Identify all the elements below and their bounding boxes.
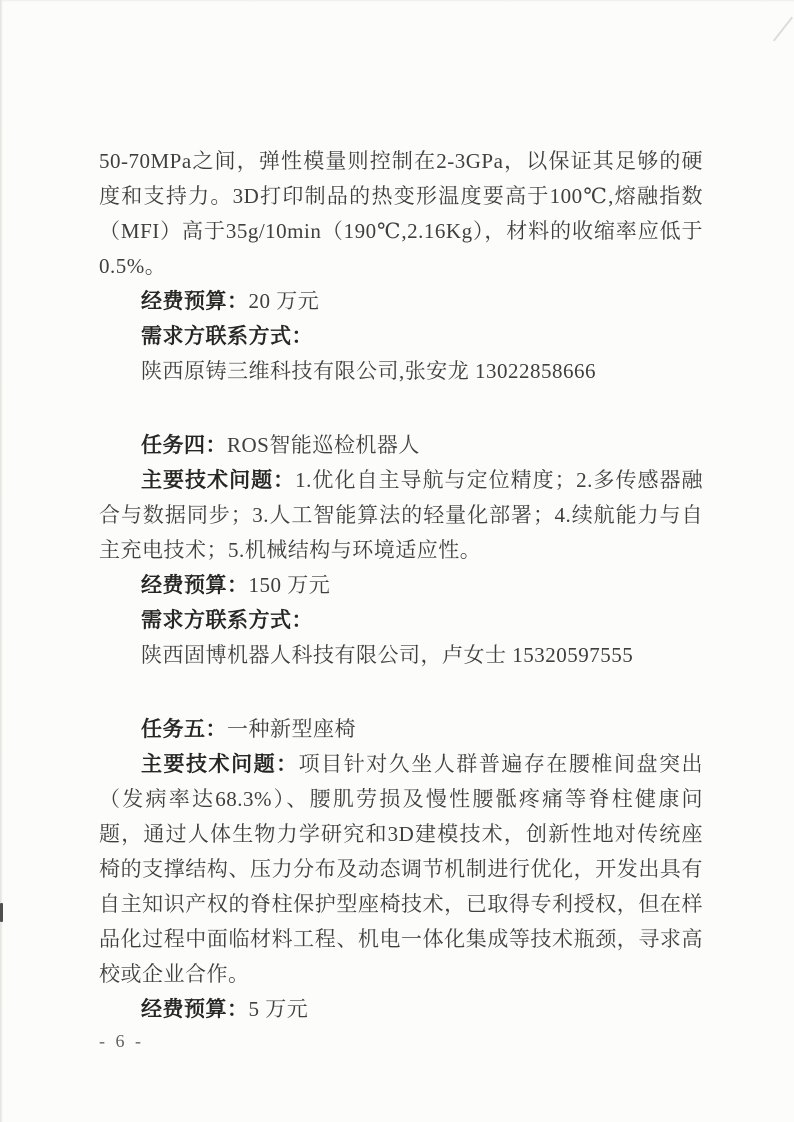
scan-artifact-mark xyxy=(0,903,3,922)
task-title-label: 任务四： xyxy=(141,434,227,457)
problem-paragraph: 主要技术问题：1.优化自主导航与定位精度；2.多传感器融合与数据同步；3.人工智… xyxy=(99,463,703,568)
contact-heading: 需求方联系方式： xyxy=(99,603,703,638)
budget-value: 150 万元 xyxy=(249,573,331,597)
continued-task-section: 50-70MPa之间，弹性模量则控制在2-3GPa，以保证其足够的硬度和支持力。… xyxy=(99,144,703,389)
task-title: ROS智能巡检机器人 xyxy=(227,433,420,457)
contact-heading: 需求方联系方式： xyxy=(99,319,703,354)
problem-paragraph: 主要技术问题：项目针对久坐人群普遍存在腰椎间盘突出（发病率达68.3%）、腰肌劳… xyxy=(99,747,703,992)
scan-artifact-scratch xyxy=(773,17,793,42)
contact-label: 需求方联系方式： xyxy=(141,609,313,632)
task-title-line: 任务四：ROS智能巡检机器人 xyxy=(99,428,703,463)
contact-label: 需求方联系方式： xyxy=(141,325,313,348)
task-title-line: 任务五：一种新型座椅 xyxy=(99,712,703,747)
page-number: - 6 - xyxy=(99,1031,144,1052)
continuation-text: 50-70MPa之间，弹性模量则控制在2-3GPa，以保证其足够的硬度和支持力。… xyxy=(99,149,703,278)
contact-value: 陕西固博机器人科技有限公司，卢女士 15320597555 xyxy=(141,643,633,667)
contact-line: 陕西固博机器人科技有限公司，卢女士 15320597555 xyxy=(99,638,703,673)
contact-line: 陕西原铸三维科技有限公司,张安龙 13022858666 xyxy=(99,354,703,389)
scanned-document-page: { "page": { "number": "- 6 -" }, "colors… xyxy=(0,0,794,1122)
budget-line: 经费预算：5 万元 xyxy=(99,992,703,1027)
problem-label: 主要技术问题： xyxy=(141,469,295,492)
task-four-section: 任务四：ROS智能巡检机器人 主要技术问题：1.优化自主导航与定位精度；2.多传… xyxy=(99,428,703,673)
page-content: 50-70MPa之间，弹性模量则控制在2-3GPa，以保证其足够的硬度和支持力。… xyxy=(99,144,703,1027)
budget-label: 经费预算： xyxy=(141,998,249,1021)
budget-line: 经费预算：20 万元 xyxy=(99,284,703,319)
scan-edge-top xyxy=(0,0,794,2)
contact-value: 陕西原铸三维科技有限公司,张安龙 13022858666 xyxy=(141,359,596,383)
budget-value: 5 万元 xyxy=(249,997,309,1021)
task-five-section: 任务五：一种新型座椅 主要技术问题：项目针对久坐人群普遍存在腰椎间盘突出（发病率… xyxy=(99,712,703,1027)
budget-label: 经费预算： xyxy=(141,574,249,597)
problem-text: 项目针对久坐人群普遍存在腰椎间盘突出（发病率达68.3%）、腰肌劳损及慢性腰骶疼… xyxy=(99,752,703,986)
scan-edge-left xyxy=(0,0,3,1122)
task-title-label: 任务五： xyxy=(141,718,227,741)
budget-label: 经费预算： xyxy=(141,290,249,313)
continuation-paragraph: 50-70MPa之间，弹性模量则控制在2-3GPa，以保证其足够的硬度和支持力。… xyxy=(99,144,703,284)
budget-value: 20 万元 xyxy=(249,289,320,313)
budget-line: 经费预算：150 万元 xyxy=(99,568,703,603)
task-title: 一种新型座椅 xyxy=(227,717,356,741)
problem-label: 主要技术问题： xyxy=(141,753,299,776)
